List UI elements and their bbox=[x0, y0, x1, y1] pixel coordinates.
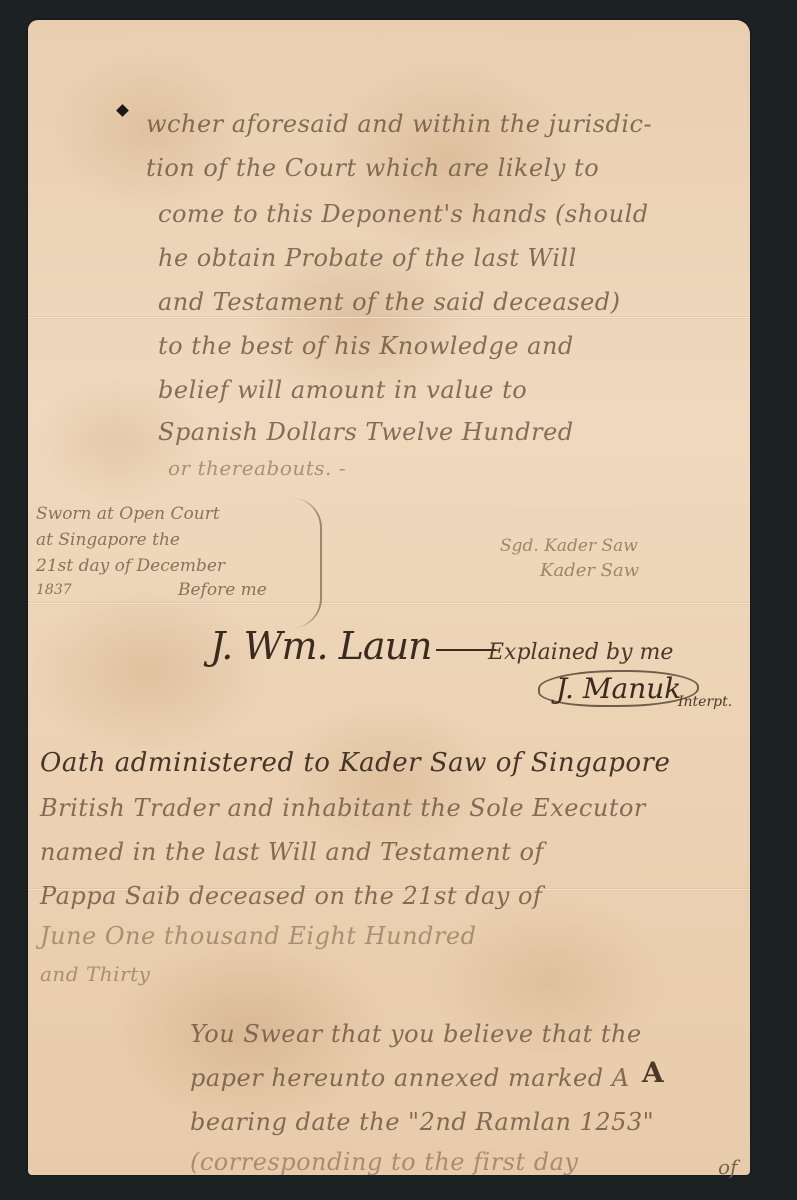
document-page: wcher aforesaid and within the jurisdic-… bbox=[28, 20, 750, 1175]
jurat-brace bbox=[290, 498, 322, 628]
text-line: You Swear that you believe that the bbox=[190, 1020, 642, 1048]
jurat-line: at Singapore the bbox=[36, 530, 180, 550]
text-line: British Trader and inhabitant the Sole E… bbox=[40, 794, 646, 822]
fold-line bbox=[28, 602, 750, 605]
text-line: he obtain Probate of the last Will bbox=[158, 244, 577, 272]
text-line: and Testament of the said deceased) bbox=[158, 288, 621, 316]
catchword: of bbox=[718, 1155, 737, 1179]
text-line: to the best of his Knowledge and bbox=[158, 332, 574, 360]
text-line: Pappa Saib deceased on the 21st day of bbox=[40, 882, 542, 910]
deponent-signature: J. Wm. Laun bbox=[210, 624, 496, 668]
text-line: June One thousand Eight Hundred bbox=[40, 922, 476, 950]
text-line: named in the last Will and Testament of bbox=[40, 838, 544, 866]
text-line: Spanish Dollars Twelve Hundred bbox=[158, 418, 574, 446]
punch-hole bbox=[116, 104, 129, 117]
text-line: wcher aforesaid and within the jurisdic- bbox=[146, 110, 652, 138]
text-line: tion of the Court which are likely to bbox=[146, 154, 599, 182]
exhibit-mark: A bbox=[642, 1056, 664, 1089]
text-line: come to this Deponent's hands (should bbox=[158, 200, 649, 228]
interpreter-title: Interpt. bbox=[678, 694, 732, 710]
faint-signature: Kader Saw bbox=[540, 560, 639, 581]
text-line: belief will amount in value to bbox=[158, 376, 527, 404]
jurat-line: 1837 bbox=[36, 582, 72, 598]
fold-line bbox=[28, 316, 750, 319]
jurat-line: Sworn at Open Court bbox=[36, 504, 220, 524]
jurat-line: Before me bbox=[178, 580, 267, 600]
text-line: or thereabouts. - bbox=[168, 456, 346, 480]
text-line: (corresponding to the first day bbox=[190, 1148, 578, 1176]
interpreter-signature: J. Manuk bbox=[538, 670, 699, 707]
jurat-line: 21st day of December bbox=[36, 556, 225, 576]
text-line: and Thirty bbox=[40, 962, 150, 986]
text-line: paper hereunto annexed marked A bbox=[190, 1064, 630, 1092]
faint-signature: Sgd. Kader Saw bbox=[500, 536, 638, 556]
explained-by-text: Explained by me bbox=[488, 640, 673, 665]
oath-heading: Oath administered to Kader Saw of Singap… bbox=[40, 748, 670, 778]
text-line: bearing date the "2nd Ramlan 1253" bbox=[190, 1108, 654, 1136]
